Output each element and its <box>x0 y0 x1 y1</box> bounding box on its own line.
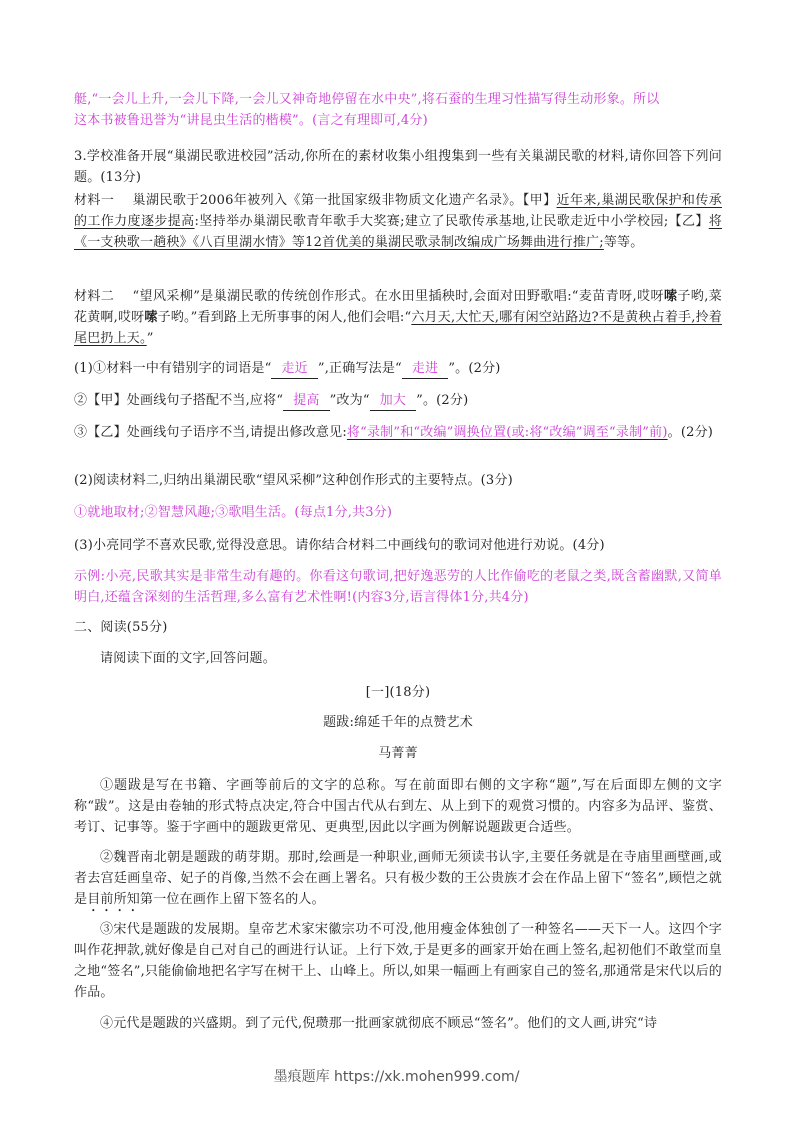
answer-line: 艇,“一会儿上升,一会儿下降,一会儿又神奇地停留在水中央”,将石蚕的生理习性描写… <box>74 89 722 110</box>
answer-text: 示例:小亮,民歌其实是非常生动有趣的。你看这句歌词,把好逸恶劳的人比作偷吃的老鼠… <box>74 566 722 608</box>
sub-question-3: (3)小亮同学不喜欢民歌,觉得没意思。请你结合材料二中画线句的歌词对他进行劝说。… <box>74 535 722 556</box>
author: 马菁菁 <box>74 743 722 764</box>
sub-question-1-2: ②【甲】处画线句子搭配不当,应将“提高”改为“加大”。(2分) <box>74 390 722 411</box>
answer-blank: 加大 <box>370 392 416 411</box>
answer-text: ①就地取材;②智慧风趣;③歌唱生活。(每点1分,共3分) <box>74 502 722 523</box>
material-text: 等等。 <box>604 235 644 250</box>
section-heading: 二、阅读(55分) <box>74 617 722 638</box>
sub-question-3-answer: 示例:小亮,民歌其实是非常生动有趣的。你看这句歌词,把好逸恶劳的人比作偷吃的老鼠… <box>74 566 722 608</box>
intro-answer: 艇,“一会儿上升,一会儿下降,一会儿又神奇地停留在水中央”,将石蚕的生理习性描写… <box>74 89 722 131</box>
special-char: 嗦 <box>664 289 677 304</box>
answer-blank: 提高 <box>283 392 329 411</box>
question-text: ”。(2分) <box>416 393 468 408</box>
question-text: 。(2分) <box>668 425 713 440</box>
sub-question-1-3: ③【乙】处画线句子语序不当,请提出修改意见:将“录制”和“改编”调换位置(或:将… <box>74 422 722 443</box>
paragraph-text: 第一位在画作上留下签名的人。 <box>140 892 325 907</box>
paragraph-text: ③宋代是题跋的发展期。皇帝艺术家宋徽宗功不可没,他用瘦金体独创了一种签名——天下… <box>74 919 722 1003</box>
question-text: ”,正确写法是“ <box>318 361 402 376</box>
material-text: 子哟。”看到路上无所事事的闲人,他们会唱:“ <box>158 310 412 325</box>
article-title-block: 题跋:绵延千年的点赞艺术 <box>74 712 722 733</box>
part-label: [一](18分) <box>74 682 722 703</box>
watermark-footer: 墨痕题库 https://xk.mohen999.com/ <box>0 1066 793 1086</box>
question-prompt: 3.学校准备开展“巢湖民歌进校园”活动,你所在的素材收集小组搜集到一些有关巢湖民… <box>74 146 722 188</box>
material-1: 材料一 巢湖民歌于2006年被列入《第一批国家级非物质文化遗产名录》。【甲】近年… <box>74 190 722 253</box>
sub-question-1-1: (1)①材料一中有错别字的词语是“走近”,正确写法是“走进”。(2分) <box>74 358 722 379</box>
sub-question-2: (2)阅读材料二,归纳出巢湖民歌“望风采柳”这种创作形式的主要特点。(3分) <box>74 470 722 491</box>
emphasized-text: 目前所知 <box>87 892 140 907</box>
section-2-heading-block: 二、阅读(55分) <box>74 617 722 638</box>
material-2: 材料二 “望风采柳”是巢湖民歌的传统创作形式。在水田里插秧时,会面对田野歌唱:“… <box>74 286 722 349</box>
question-text: ③【乙】处画线句子语序不当,请提出修改意见: <box>74 425 347 440</box>
question-text: ”改为“ <box>330 393 370 408</box>
material-text: “望风采柳”是巢湖民歌的传统创作形式。在水田里插秧时,会面对田野歌唱:“麦苗青呀… <box>132 289 663 304</box>
part-label-block: [一](18分) <box>74 682 722 703</box>
question-prompt: (2)阅读材料二,归纳出巢湖民歌“望风采柳”这种创作形式的主要特点。(3分) <box>74 470 722 491</box>
question-prompt: (3)小亮同学不喜欢民歌,觉得没意思。请你结合材料二中画线句的歌词对他进行劝说。… <box>74 535 722 556</box>
instruction-block: 请阅读下面的文字,回答问题。 <box>74 648 722 669</box>
paragraph-1: ①题跋是写在书籍、字画等前后的文字的总称。写在前面即右侧的文字称“题”,写在后面… <box>74 775 722 838</box>
material-text: ” <box>147 331 154 346</box>
material-label: 材料一 <box>74 193 114 208</box>
answer-line: 这本书被鲁迅誉为“讲昆虫生活的楷模”。(言之有理即可,4分) <box>74 110 722 131</box>
question-text: (1)①材料一中有错别字的词语是“ <box>74 361 271 376</box>
sub-question-2-answer: ①就地取材;②智慧风趣;③歌唱生活。(每点1分,共3分) <box>74 502 722 523</box>
paragraph-text: ④元代是题跋的兴盛期。到了元代,倪瓒那一批画家就彻底不顾忌“签名”。他们的文人画… <box>74 1013 722 1034</box>
material-text: :坚持举办巢湖民歌青年歌手大奖赛;建立了民歌传承基地,让民歌走近中小学校园;【乙… <box>195 214 709 229</box>
paragraph-3: ③宋代是题跋的发展期。皇帝艺术家宋徽宗功不可没,他用瘦金体独创了一种签名——天下… <box>74 919 722 1003</box>
answer-blank: 将“录制”和“改编”调换位置(或:将“改编”调至“录制”前) <box>347 425 668 440</box>
instruction: 请阅读下面的文字,回答问题。 <box>74 648 722 669</box>
question-text: ”。(2分) <box>448 361 500 376</box>
question-3: 3.学校准备开展“巢湖民歌进校园”活动,你所在的素材收集小组搜集到一些有关巢湖民… <box>74 146 722 188</box>
paragraph-4: ④元代是题跋的兴盛期。到了元代,倪瓒那一批画家就彻底不顾忌“签名”。他们的文人画… <box>74 1013 722 1034</box>
special-char: 嗦 <box>144 310 157 325</box>
paragraph-text: ①题跋是写在书籍、字画等前后的文字的总称。写在前面即右侧的文字称“题”,写在后面… <box>74 775 722 838</box>
paragraph-2: ②魏晋南北朝是题跋的萌芽期。那时,绘画是一种职业,画师无须读书认字,主要任务就是… <box>74 847 722 915</box>
material-text: 巢湖民歌于2006年被列入《第一批国家级非物质文化遗产名录》。【甲】 <box>133 193 557 208</box>
question-text: ②【甲】处画线句子搭配不当,应将“ <box>74 393 283 408</box>
material-label: 材料二 <box>74 289 114 304</box>
answer-blank: 走近 <box>271 360 317 379</box>
article-title: 题跋:绵延千年的点赞艺术 <box>74 712 722 733</box>
answer-blank: 走进 <box>402 360 448 379</box>
author-block: 马菁菁 <box>74 743 722 764</box>
